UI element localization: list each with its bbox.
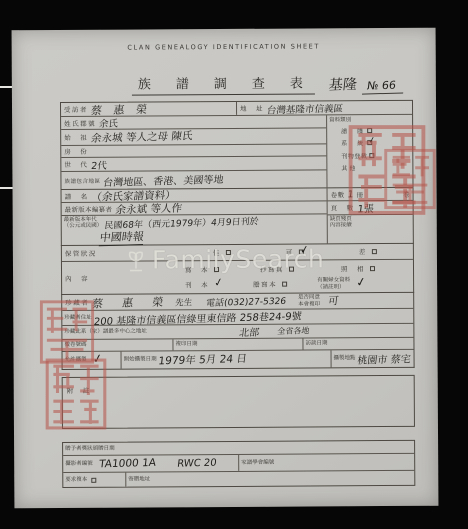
address-label: 地 址: [237, 104, 267, 113]
field-missing-pages: 缺頁殘頁 內容接續: [328, 215, 413, 244]
center-address-value2: 全省各地: [276, 325, 309, 337]
address-value: 台灣基隆市信義區: [266, 100, 344, 116]
check-mark: ✓: [355, 274, 365, 289]
content-label: 內 容: [62, 273, 120, 282]
consent-label: 是否同意: [296, 295, 322, 301]
regions-value: 台灣地區、香港、美國等地: [102, 171, 224, 189]
compiler-value: 余永斌 等人作: [114, 200, 182, 217]
field-address: 地 址 台灣基隆市信義區: [236, 101, 412, 115]
microfilm-frame: CLAN GENEALOGY IDENTIFICATION SHEET 族 譜 …: [0, 0, 468, 529]
film-place-value: 桃園市 蔡宅: [357, 350, 412, 366]
title-label: 譜 名: [62, 191, 92, 200]
photographer-value: TA1000 1A: [98, 457, 156, 471]
send-address-label: 寄贈地址: [126, 476, 152, 482]
ancestor-label: 始 祖: [61, 133, 91, 142]
genealogy-sheet: CLAN GENEALOGY IDENTIFICATION SHEET 族 譜 …: [12, 28, 439, 509]
field-regions: 族譜包含地區 台灣地區、香港、美國等地: [61, 170, 326, 189]
sheet-caption: CLAN GENEALOGY IDENTIFICATION SHEET: [12, 42, 436, 53]
generations-label: 世 代: [61, 160, 91, 169]
familysearch-tree-icon: [125, 248, 147, 272]
content-option: 有關婦女資料: [315, 277, 352, 284]
film-place-label: 攝製地點: [332, 356, 358, 362]
surname-value: 余氏: [98, 115, 119, 130]
condition-label: 保管狀況: [62, 249, 100, 258]
red-seal-icon: [44, 358, 108, 430]
content-option-sub: （請註明）: [315, 284, 352, 291]
film-date-value: 1979年 5月 24 日: [158, 351, 248, 368]
section-holder: 珍藏者 蔡 惠 榮 先生 電話(032)27-5326 是否同意 本會複印 可 …: [61, 293, 414, 370]
photographer-value2: RWC 20: [177, 457, 218, 469]
red-seal-icon: [384, 146, 436, 212]
watermark: FamilySearch: [125, 244, 325, 274]
field-ancestor: 始 祖 余永城 等人之母 陳氏: [61, 128, 326, 146]
photographer-label: 攝影者編號: [63, 461, 95, 468]
newspaper-value: 中國時報: [99, 228, 145, 246]
row-photographer: 攝影者編號 TA1000 1A RWC 20 家譜學會編號: [63, 454, 414, 473]
field-copy-request: 要求複本: [63, 473, 125, 487]
checkbox: [370, 266, 375, 271]
content-option: 謄寫本: [250, 280, 280, 289]
volumes-label: 卷數: [328, 190, 348, 199]
award-label: 贈予者獎狀頒贈日期: [63, 446, 117, 453]
title-row: 族 譜 調 查 表 基隆 № 66: [132, 72, 404, 96]
field-interview-date: 訪談日期: [302, 338, 413, 350]
checkbox: [91, 477, 96, 482]
missing-label2: 內容接續: [328, 223, 354, 229]
content-option: 刊 本: [182, 280, 212, 289]
watermark-text: FamilySearch: [152, 244, 325, 274]
page-title: 族 譜 調 查 表: [132, 72, 315, 95]
check-mark: ✓: [213, 275, 223, 289]
regions-label: 族譜包含地區: [61, 176, 103, 184]
compiler-label: 最新版本編纂者: [62, 204, 116, 213]
society-label: 家譜學會編號: [239, 460, 276, 467]
holder-suffix: 先生: [175, 296, 193, 308]
interview-date-label: 訪談日期: [303, 341, 329, 347]
consent-value: 可: [327, 293, 339, 308]
ancestor-value: 余永城 等人之母 陳氏: [90, 128, 193, 146]
generations-value: 2代: [91, 157, 108, 171]
surname-label: 姓氏郡號: [61, 118, 99, 127]
phone-value: (032)27-5326: [223, 297, 286, 309]
date-label-sub: （公元或民國）: [62, 223, 105, 230]
field-film-date: 開始攝製日期 1979年 5月 24 日: [121, 350, 331, 368]
row-filming: 允許攝製 ✓ 開始攝製日期 1979年 5月 24 日 攝製地點 桃園市 蔡宅: [63, 350, 414, 369]
copy-request-label: 要求複本: [63, 477, 89, 483]
phone-label: 電話: [205, 298, 224, 308]
field-film-place: 攝製地點 桃園市 蔡宅: [331, 350, 414, 368]
section-admin: 贈予者獎狀頒贈日期 攝影者編號 TA1000 1A RWC 20 家譜學會編號 …: [62, 440, 415, 488]
condition-option-poor: 差: [356, 247, 370, 256]
holder-phone: 電話(032)27-5326: [205, 294, 287, 309]
section-notes: 附 註: [62, 375, 415, 429]
copy-date-label: 複印日期: [173, 342, 199, 348]
field-date-continued: 中國時報: [62, 228, 327, 245]
region-handwriting: 基隆: [328, 74, 358, 95]
field-copy-date: 複印日期: [172, 339, 302, 351]
field-photographer-number: 攝影者編號 TA1000 1A RWC 20: [63, 455, 238, 472]
branch-label: 房 份: [61, 147, 91, 156]
content-option: 照 相: [338, 264, 368, 273]
checkbox: [282, 282, 287, 287]
field-society-number: 家譜學會編號: [238, 454, 414, 471]
sheet-number-handwriting: № 66: [362, 78, 405, 94]
center-address-value: 北部: [238, 324, 260, 340]
row-copy-request: 要求複本 寄贈地址: [63, 471, 414, 487]
holder-name: 蔡 惠 榮: [91, 293, 168, 311]
interviewee-label: 受訪者: [61, 105, 91, 114]
film-date-label: 開始攝製日期: [122, 357, 159, 364]
field-interviewee: 受訪者 蔡 惠 榮: [61, 102, 236, 116]
red-seal-icon: [38, 300, 96, 364]
field-send-address: 寄贈地址: [125, 471, 414, 487]
checkbox: [372, 249, 377, 254]
